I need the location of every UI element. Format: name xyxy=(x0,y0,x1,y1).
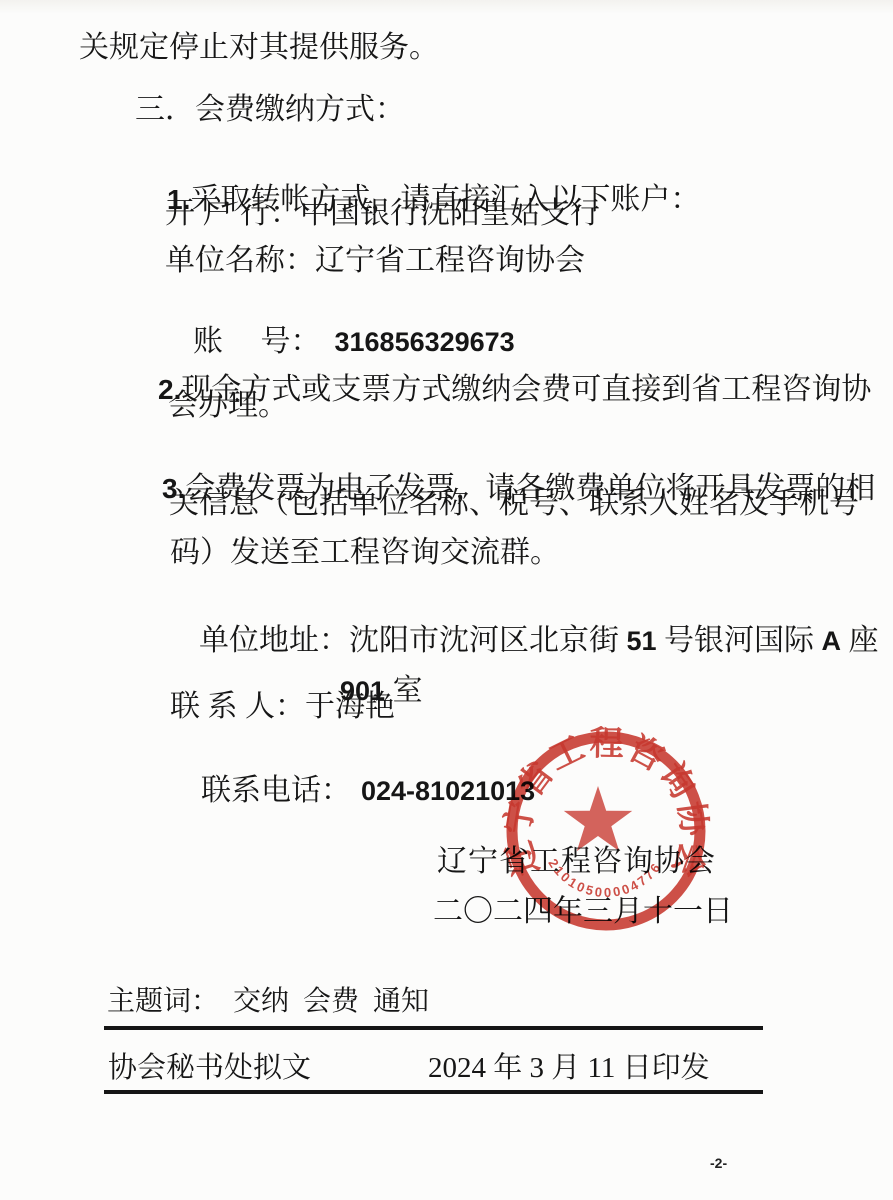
drafter-line: 协会秘书处拟文 xyxy=(108,1051,311,1085)
subject-keywords-line: 主题词： 交纳 会费 通知 xyxy=(107,985,429,1019)
phone-line: 联系电话：024-81021013 xyxy=(171,740,535,842)
official-seal: 辽宁省工程咨询协会 21010500004776 xyxy=(501,726,711,936)
item-2-continuation: 会办理。 xyxy=(168,389,288,423)
address-tail-text: 座 xyxy=(841,624,879,657)
page-number: -2- xyxy=(710,1155,727,1171)
item-3-continuation-2: 码）发送至工程咨询交流群。 xyxy=(170,536,560,570)
address-street-number: 51 xyxy=(627,626,657,656)
address-line: 单位地址：沈阳市沈河区北京街 51 号银河国际 A 座 xyxy=(169,590,879,692)
seal-ring-text: 辽宁省工程咨询协会 xyxy=(501,726,711,884)
section-heading: 三．会费缴纳方式： xyxy=(135,93,405,127)
footer-divider-bottom xyxy=(104,1090,763,1094)
contact-person-line: 联 系 人：于海艳 xyxy=(170,690,395,724)
phone-label: 联系电话： xyxy=(201,774,351,807)
seal-star-icon xyxy=(564,786,632,851)
footer-divider-top xyxy=(104,1026,763,1030)
address-tower-letter: A xyxy=(822,626,842,656)
bank-line: 开 户 行：中国银行沈阳皇姑支行 xyxy=(165,197,600,231)
address-middle-text: 号银河国际 xyxy=(657,624,822,657)
org-name-line: 单位名称：辽宁省工程咨询协会 xyxy=(165,244,585,278)
paragraph-continuation: 关规定停止对其提供服务。 xyxy=(79,31,439,65)
seal-code: 21010500004776 xyxy=(545,856,664,900)
item-3-continuation-1: 关信息（包括单位名称、税号、联系人姓名及手机号 xyxy=(169,487,859,521)
scanned-notice-page: 关规定停止对其提供服务。 三．会费缴纳方式： 1.采取转帐方式，请直接汇入以下账… xyxy=(0,0,893,1200)
print-date-line: 2024 年 3 月 11 日印发 xyxy=(428,1051,710,1085)
